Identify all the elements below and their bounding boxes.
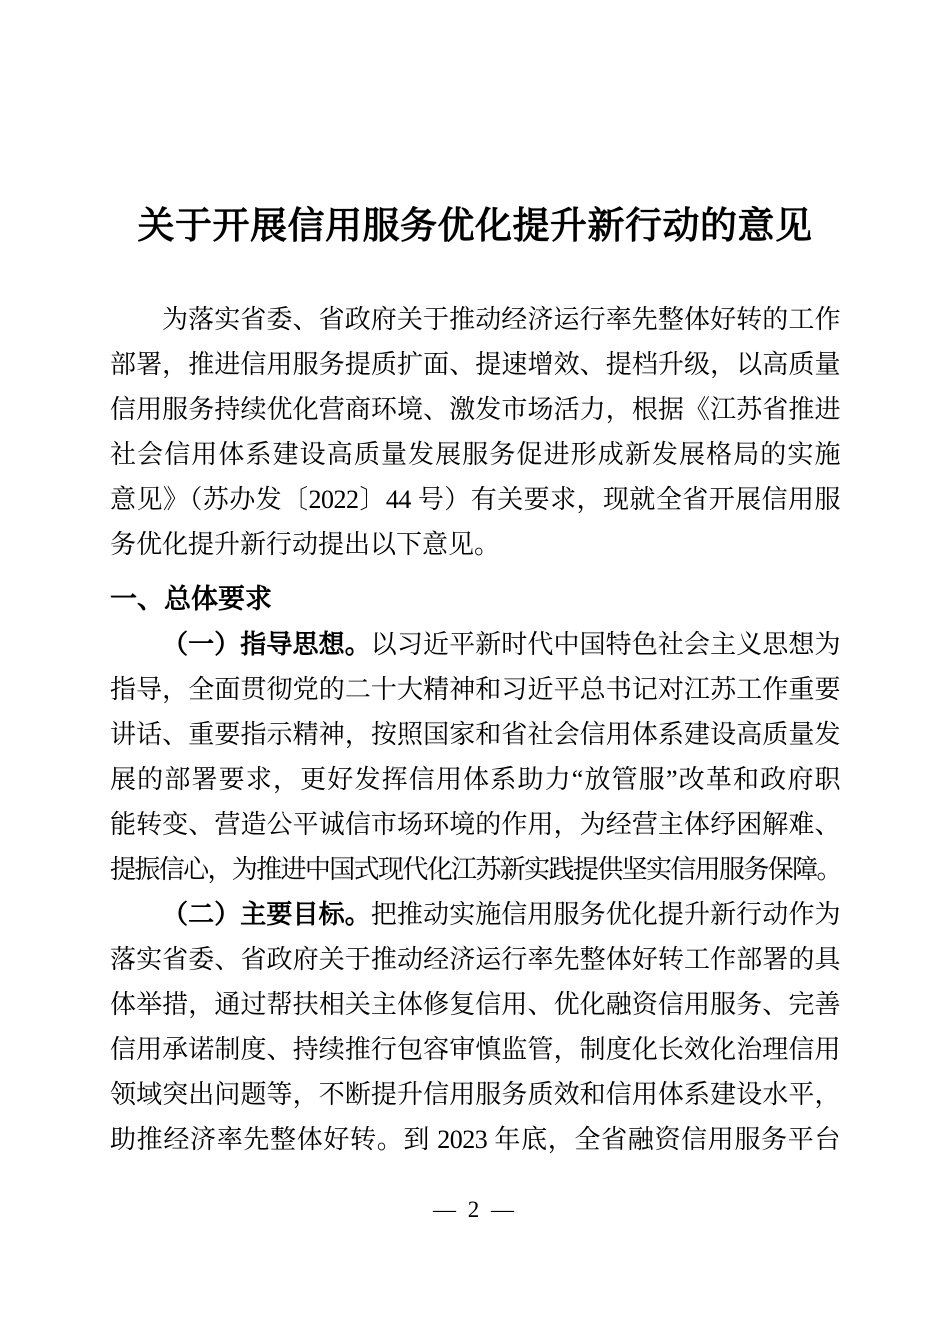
item-text: 把推动实施信用服务优化提升新行动作为 bbox=[371, 900, 840, 929]
paragraph-line: 为落实省委、省政府关于推动经济运行率先整体好转的工作 bbox=[110, 297, 840, 342]
document-page: 关于开展信用服务优化提升新行动的意见 为落实省委、省政府关于推动经济运行率先整体… bbox=[0, 0, 950, 1343]
paragraph-line: （一）指导思想。以习近平新时代中国特色社会主义思想为 bbox=[110, 622, 840, 667]
paragraph-line: 展的部署要求，更好发挥信用体系助力“放管服”改革和政府职 bbox=[110, 757, 840, 802]
paragraph-line: 意见》（苏办发〔2022〕44 号）有关要求，现就全省开展信用服 bbox=[110, 477, 840, 522]
paragraph-line: 部署，推进信用服务提质扩面、提速增效、提档升级，以高质量 bbox=[110, 342, 840, 387]
paragraph-line: 体举措，通过帮扶相关主体修复信用、优化融资信用服务、完善 bbox=[110, 982, 840, 1027]
item-lead: （二）主要目标。 bbox=[162, 900, 371, 929]
paragraph-line: 提振信心，为推进中国式现代化江苏新实践提供坚实信用服务保障。 bbox=[110, 847, 840, 892]
paragraph-line: 能转变、营造公平诚信市场环境的作用，为经营主体纾困解难、 bbox=[110, 802, 840, 847]
section-heading: 一、总体要求 bbox=[110, 577, 840, 622]
paragraph-line: 落实省委、省政府关于推动经济运行率先整体好转工作部署的具 bbox=[110, 937, 840, 982]
paragraph-line: 领域突出问题等，不断提升信用服务质效和信用体系建设水平， bbox=[110, 1072, 840, 1117]
paragraph-line: 信用服务持续优化营商环境、激发市场活力，根据《江苏省推进 bbox=[110, 387, 840, 432]
document-title: 关于开展信用服务优化提升新行动的意见 bbox=[0, 195, 950, 249]
paragraph-line: 信用承诺制度、持续推行包容审慎监管，制度化长效化治理信用 bbox=[110, 1027, 840, 1072]
item-lead: （一）指导思想。 bbox=[162, 630, 371, 659]
paragraph-line: 助推经济率先整体好转。到 2023 年底，全省融资信用服务平台 bbox=[110, 1117, 840, 1162]
paragraph-line: 指导，全面贯彻党的二十大精神和习近平总书记对江苏工作重要 bbox=[110, 667, 840, 712]
page-number: — 2 — bbox=[0, 1197, 950, 1223]
item-text: 以习近平新时代中国特色社会主义思想为 bbox=[371, 630, 840, 659]
paragraph-line: （二）主要目标。把推动实施信用服务优化提升新行动作为 bbox=[110, 892, 840, 937]
document-body: 为落实省委、省政府关于推动经济运行率先整体好转的工作 部署，推进信用服务提质扩面… bbox=[110, 297, 840, 1162]
paragraph-line: 社会信用体系建设高质量发展服务促进形成新发展格局的实施 bbox=[110, 432, 840, 477]
paragraph-line: 务优化提升新行动提出以下意见。 bbox=[110, 522, 840, 567]
paragraph-line: 讲话、重要指示精神，按照国家和省社会信用体系建设高质量发 bbox=[110, 712, 840, 757]
